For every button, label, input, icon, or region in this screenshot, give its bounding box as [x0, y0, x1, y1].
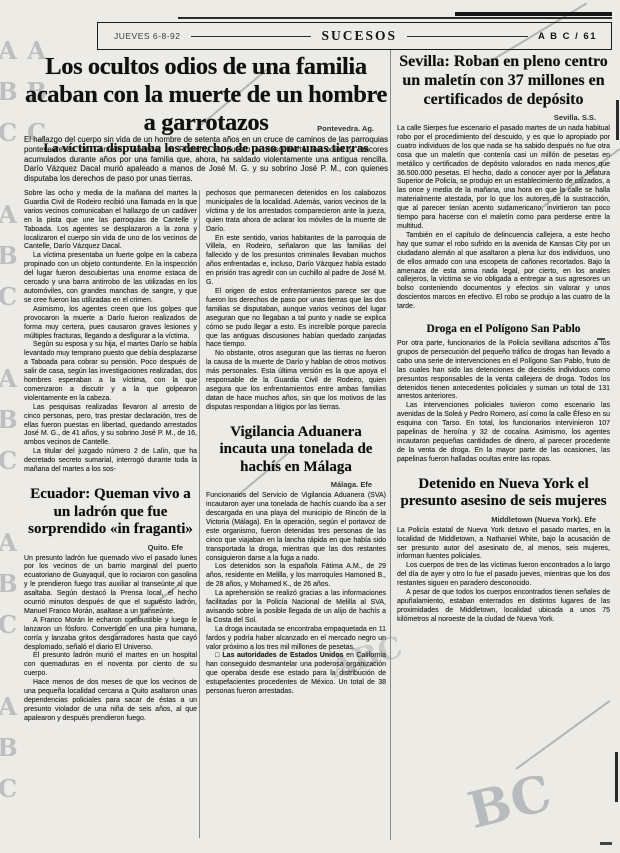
ecuador-headline: Ecuador: Queman vivo a un ladrón que fue… — [24, 486, 197, 539]
body-paragraph: La Policía estatal de Nueva York detuvo … — [397, 527, 610, 563]
body-paragraph: Por otra parte, funcionarios de la Polic… — [397, 340, 610, 402]
top-rule — [178, 17, 612, 19]
column-rule — [199, 190, 200, 838]
header-divider — [407, 36, 528, 37]
watermark-slash — [515, 700, 610, 770]
lead-paragraph: El hallazgo del cuerpo sin vida de un ho… — [24, 135, 388, 184]
scan-artifact — [600, 842, 612, 845]
top-rule — [455, 12, 612, 16]
body-paragraph: Sobre las ocho y media de la mañana del … — [24, 190, 197, 252]
body-paragraph: La calle Sierpes fue escenario el pasado… — [397, 125, 610, 232]
dateline: Sevilla. S.S. — [397, 113, 610, 122]
body-paragraph: El origen de estos enfrentamientos parec… — [206, 288, 386, 350]
dateline: Quito. Efe — [24, 543, 197, 552]
column-1: Sobre las ocho y media de la mañana del … — [24, 190, 197, 724]
column-2: pechosos que permanecen detenidos en los… — [206, 190, 386, 697]
body-paragraph: A pesar de que todos los cuerpos encontr… — [397, 589, 610, 625]
dateline: Pontevedra. Ag. — [24, 124, 388, 133]
body-paragraph: Según su esposa y su hija, el martes Dar… — [24, 341, 197, 403]
brief-lead: Las autoridades de Estados Unidos — [222, 652, 343, 659]
column-right: Sevilla: Roban en pleno centro un maletí… — [397, 52, 610, 625]
header-date: JUEVES 6-8-92 — [114, 31, 181, 41]
body-paragraph: Los detenidos son la española Fátima A.M… — [206, 563, 386, 590]
column-rule — [390, 50, 391, 840]
dateline: Middletown (Nueva York). Efe — [397, 515, 610, 524]
body-paragraph: En este sentido, varios habitantes de la… — [206, 235, 386, 288]
body-paragraph: La aprehensión se realizó gracias a las … — [206, 590, 386, 626]
abc-watermark-corner: BC — [462, 763, 557, 840]
newspaper-page: ABC ABC ABC ABC ABC ABC BC ABC JUEVES 6-… — [0, 0, 620, 853]
drugs-subheadline: Droga en el Polígono San Pablo — [397, 322, 610, 336]
lead-article-intro: Pontevedra. Ag. El hallazgo del cuerpo s… — [24, 124, 388, 184]
news-brief: □ Las autoridades de Estados Unidos en C… — [206, 652, 386, 697]
malaga-headline: Vigilancia Aduanera incauta una tonelada… — [206, 424, 386, 477]
newyork-headline: Detenido en Nueva York el presunto asesi… — [397, 476, 610, 511]
scan-artifact — [616, 100, 619, 140]
body-paragraph: pechosos que permanecen detenidos en los… — [206, 190, 386, 235]
body-paragraph: También en el capítulo de delincuencia c… — [397, 232, 610, 312]
scan-artifact — [615, 752, 618, 802]
body-paragraph: Las intervenciones policiales tuvieron c… — [397, 402, 610, 464]
body-paragraph: La titular del juzgado número 2 de Lalín… — [24, 448, 197, 475]
body-paragraph: A Franco Morán le echaron combustible y … — [24, 617, 197, 653]
page-header: JUEVES 6-8-92 SUCESOS A B C / 61 — [97, 22, 612, 50]
body-paragraph: Funcionarios del Servicio de Vigilancia … — [206, 492, 386, 563]
body-paragraph: Hace menos de dos meses de que los vecin… — [24, 679, 197, 724]
body-paragraph: La víctima presentaba un fuerte golpe en… — [24, 252, 197, 305]
body-paragraph: Un presunto ladrón fue quemado vivo el p… — [24, 555, 197, 617]
body-paragraph: No obstante, otros aseguran que las tier… — [206, 350, 386, 412]
section-title: SUCESOS — [321, 28, 397, 44]
dateline: Málaga. Efe — [206, 480, 386, 489]
sevilla-headline: Sevilla: Roban en pleno centro un maletí… — [397, 52, 610, 109]
body-paragraph: Las pesquisas realizadas llevaron al arr… — [24, 404, 197, 449]
body-paragraph: Asimismo, los agentes creen que los golp… — [24, 306, 197, 342]
body-paragraph: El presunto ladrón murió el martes en un… — [24, 652, 197, 679]
body-paragraph: La droga incautada se encontraba empaque… — [206, 626, 386, 653]
body-paragraph: Los cuerpos de tres de las víctimas fuer… — [397, 562, 610, 589]
page-number: A B C / 61 — [538, 31, 597, 42]
header-divider — [191, 36, 312, 37]
